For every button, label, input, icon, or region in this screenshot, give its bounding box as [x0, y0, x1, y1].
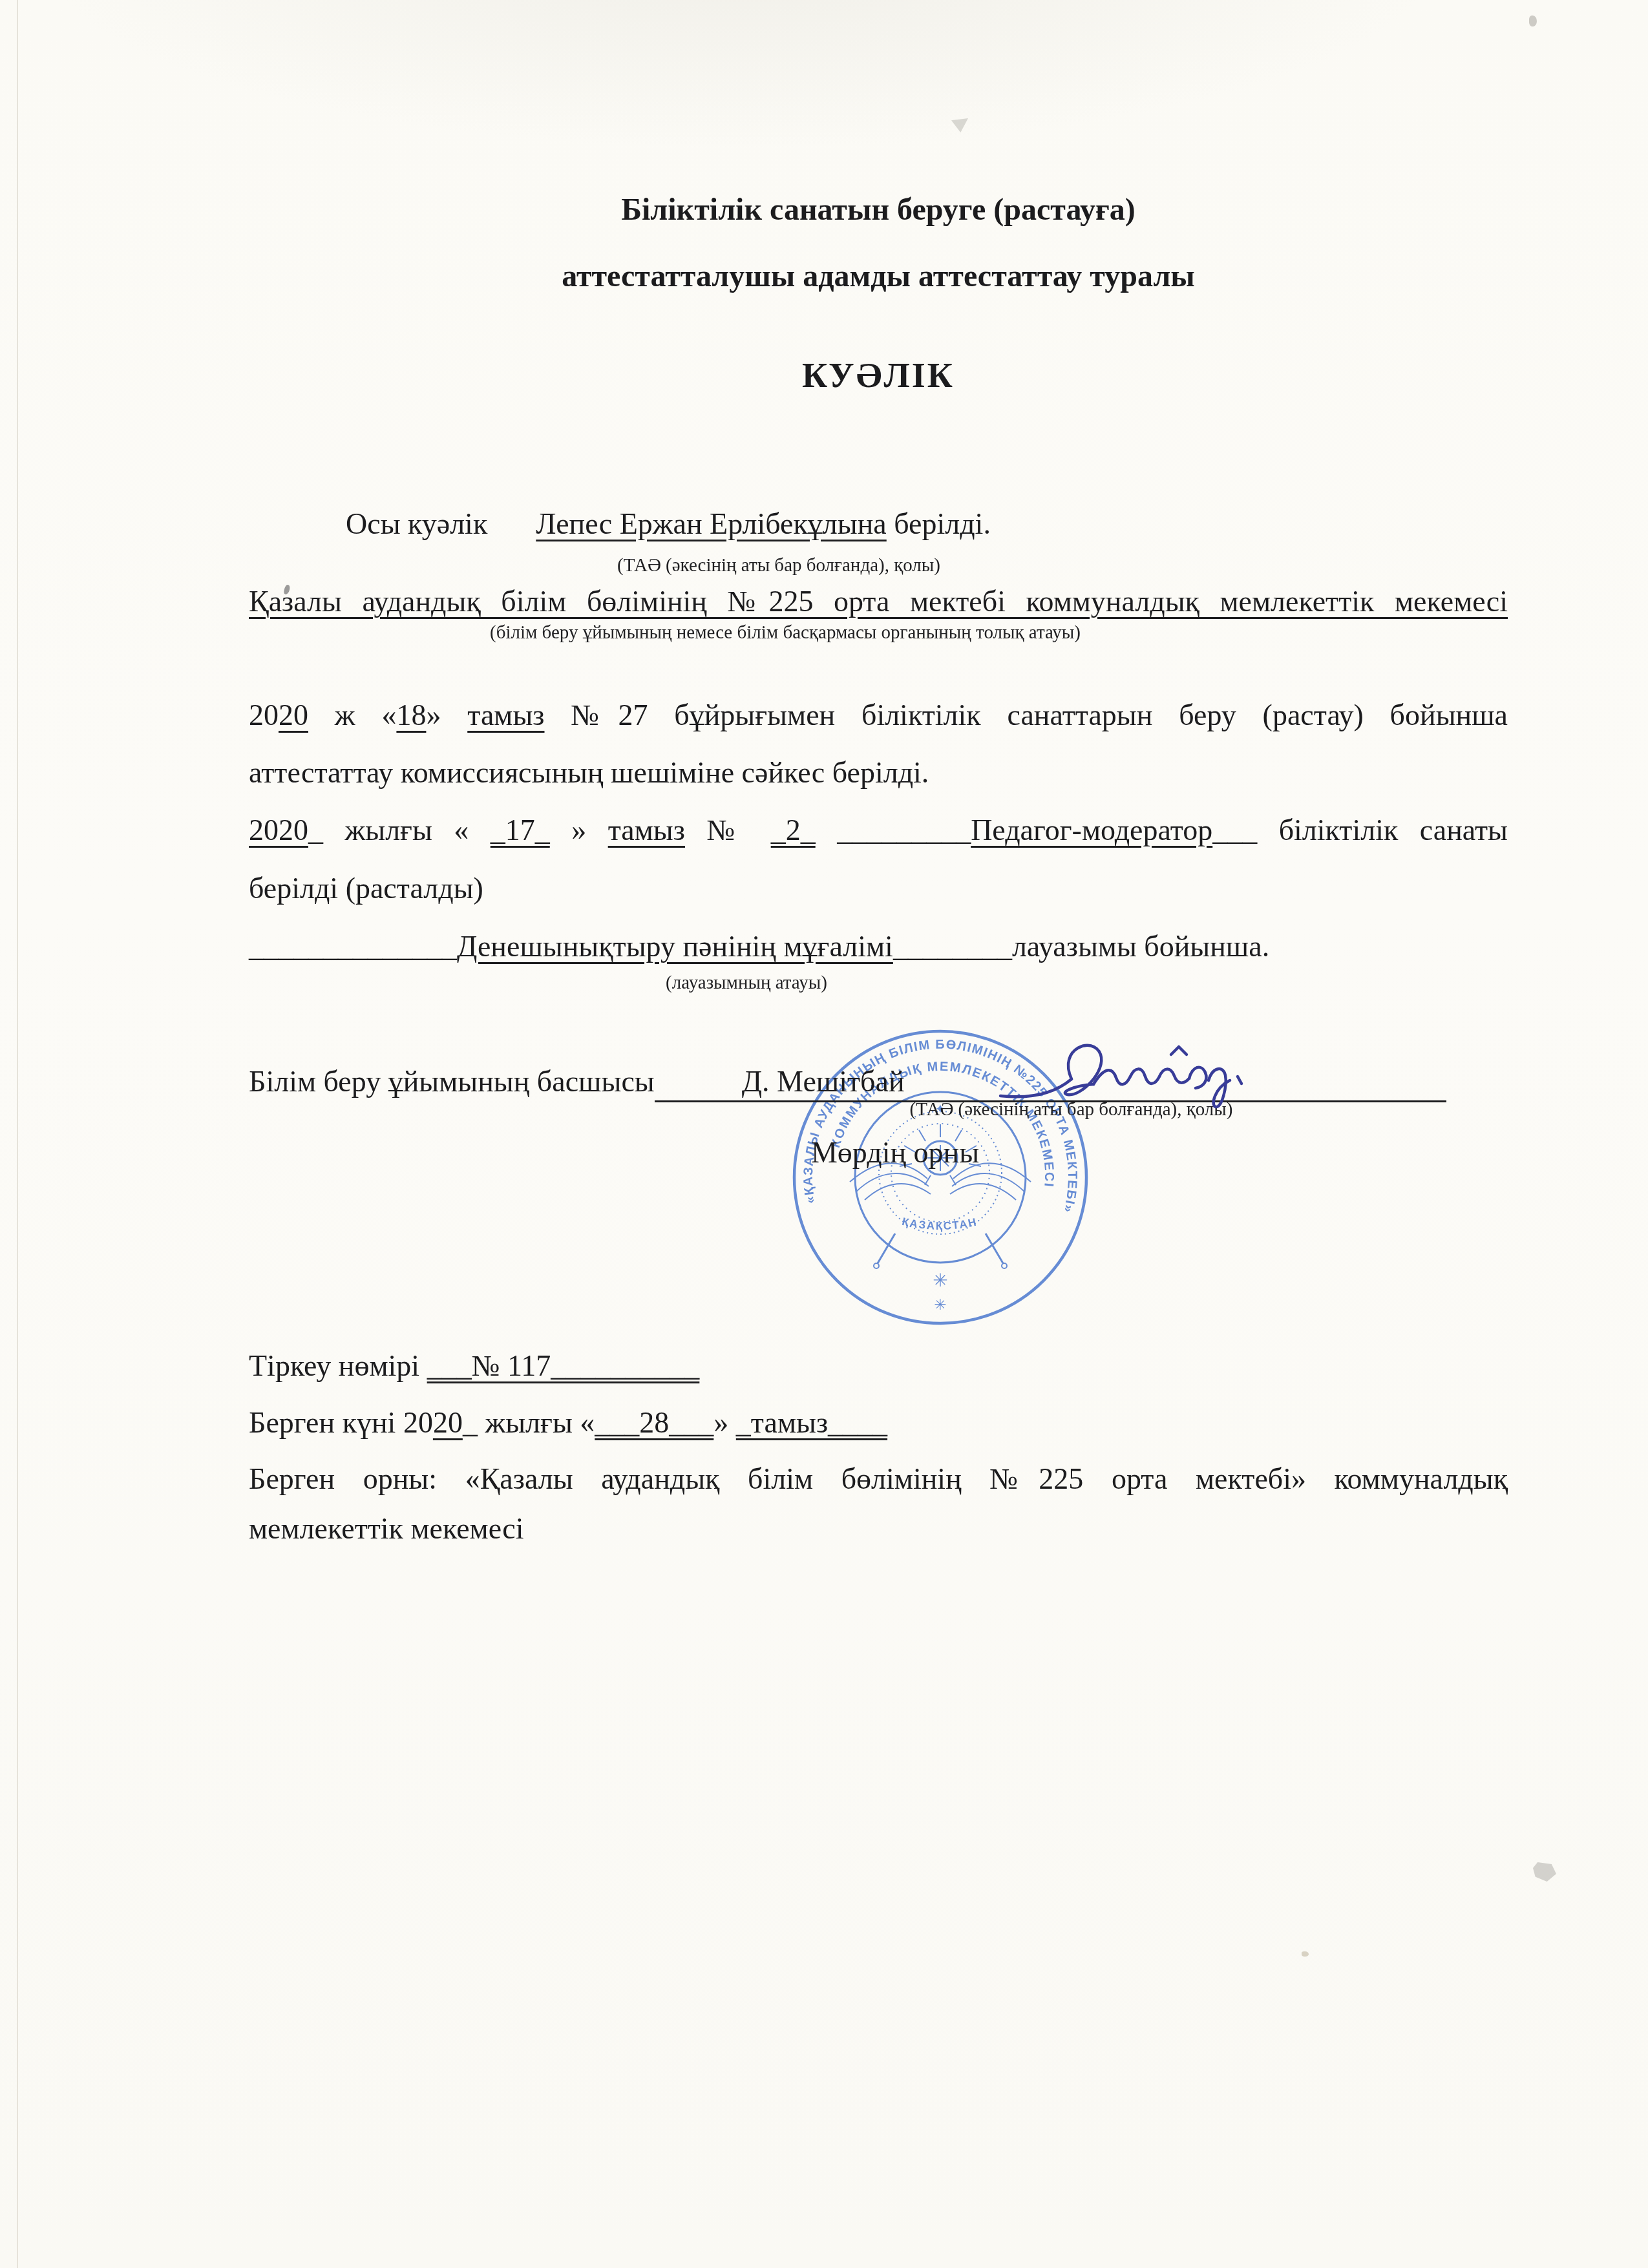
- registration-line: Тіркеу нөмірі ___№ 117__________: [249, 1347, 1508, 1385]
- issued-by-line-2: мемлекеттік мекемесі: [249, 1510, 1508, 1548]
- certificate-page: Біліктілік санатын беруге (растауға) атт…: [0, 0, 1648, 2268]
- recipient-line: Осы куәлікЛепес Ержан Ерлібекұлына беріл…: [249, 505, 1605, 543]
- decree-day: 18: [396, 698, 426, 731]
- category-day: _17_: [491, 814, 550, 846]
- issue-date-year-b: 20: [433, 1406, 463, 1439]
- director-name: Д. Мешітбай: [742, 1065, 905, 1098]
- emblem-banner-text: ҚАЗАҚСТАН: [901, 1215, 978, 1232]
- category-line: 2020_ жылғы « _17_ » тамыз № _2_ _______…: [249, 812, 1508, 849]
- decree-year-b: 20: [279, 698, 308, 731]
- decree-year-a: 20: [249, 698, 279, 731]
- recipient-prefix: Осы куәлік: [346, 507, 487, 540]
- category-blank-1: _________: [816, 814, 971, 846]
- scan-artifact: [1533, 1862, 1556, 1882]
- category-year: 2020: [249, 814, 308, 846]
- scan-artifact: [1302, 1951, 1309, 1957]
- seal-place-label: Мөрдің орны: [717, 1135, 1073, 1170]
- scan-artifact: [1529, 16, 1537, 26]
- issue-date-year-a: 20: [403, 1406, 433, 1439]
- category-number: _2_: [771, 814, 816, 846]
- organization-caption: (білім беру ұйымының немесе білім басқар…: [420, 622, 1150, 644]
- issue-date-day: ___28___: [595, 1406, 713, 1439]
- decree-seg-3: №27 бұйрығымен біліктілік санаттарын бер…: [545, 698, 1508, 731]
- recipient-suffix: берілді.: [887, 507, 991, 540]
- decree-month: тамыз: [467, 698, 544, 731]
- scan-artifact: [951, 118, 968, 132]
- decree-line-1: 2020 ж «18» тамыз №27 бұйрығымен білікті…: [249, 697, 1508, 734]
- category-name: Педагог-модератор: [971, 814, 1212, 846]
- issue-date-label: Берген күні: [249, 1406, 403, 1439]
- recipient-caption: (ТАӘ (әкесінің аты бар болғанда), қолы): [585, 554, 973, 577]
- director-signature-ink: [995, 1026, 1280, 1117]
- category-line-2: берілді (расталды): [249, 870, 1508, 907]
- decree-seg-1: ж «: [308, 698, 396, 731]
- header-line-1: Біліктілік санатын беруге (растауға): [249, 191, 1508, 229]
- recipient-name: Лепес Ержан Ерлібекұлына: [536, 507, 887, 540]
- decree-seg-2: »: [426, 698, 467, 731]
- position-caption: (лауазымның атауы): [575, 972, 918, 994]
- scan-edge-line: [17, 0, 18, 2268]
- category-seg-1: _ жылғы «: [308, 814, 491, 846]
- issue-date-seg-1: _ жылғы «: [463, 1406, 595, 1439]
- director-label: Білім беру ұйымының басшысы: [249, 1063, 655, 1100]
- position-suffix: лауазымы бойынша.: [1012, 930, 1269, 963]
- category-blank-2: ___: [1212, 814, 1257, 846]
- issue-date-line: Берген күні 2020_ жылғы «___28___» _тамы…: [249, 1404, 1508, 1442]
- registration-label: Тіркеу нөмірі: [249, 1349, 427, 1382]
- stamp-star-icon-2: ✳: [934, 1296, 946, 1313]
- issue-date-month: _тамыз____: [736, 1406, 887, 1439]
- category-seg-2: »: [550, 814, 608, 846]
- position-blank-1: ______________: [249, 930, 457, 963]
- director-line: Білім беру ұйымының басшысы Д. Мешітбай: [249, 1063, 1508, 1102]
- organization-line: Қазалы аудандық білім бөлімінің №225 орт…: [249, 583, 1508, 620]
- decree-line-2: аттестаттау комиссиясының шешіміне сәйке…: [249, 754, 1508, 792]
- category-seg-4: біліктілік санаты: [1257, 814, 1508, 846]
- registration-number: ___№ 117__________: [427, 1349, 700, 1382]
- header-line-2: аттестатталушы адамды аттестаттау туралы: [249, 257, 1508, 296]
- position-line: ______________Денешынықтыру пәнінің мұға…: [249, 928, 1508, 965]
- issued-by-line-1: Берген орны: «Қазалы аудандық білім бөлі…: [249, 1460, 1508, 1498]
- document-title: КУӘЛІК: [249, 354, 1508, 398]
- position-name: Денешынықтыру пәнінің мұғалімі: [457, 930, 893, 963]
- organization-name: Қазалы аудандық білім бөлімінің №225 орт…: [249, 585, 1508, 618]
- category-month: тамыз: [608, 814, 685, 846]
- category-seg-3: №: [685, 814, 771, 846]
- stamp-star-icon-1: ✳: [933, 1270, 947, 1290]
- issue-date-seg-2: »: [713, 1406, 736, 1439]
- position-blank-2: ________: [893, 930, 1012, 963]
